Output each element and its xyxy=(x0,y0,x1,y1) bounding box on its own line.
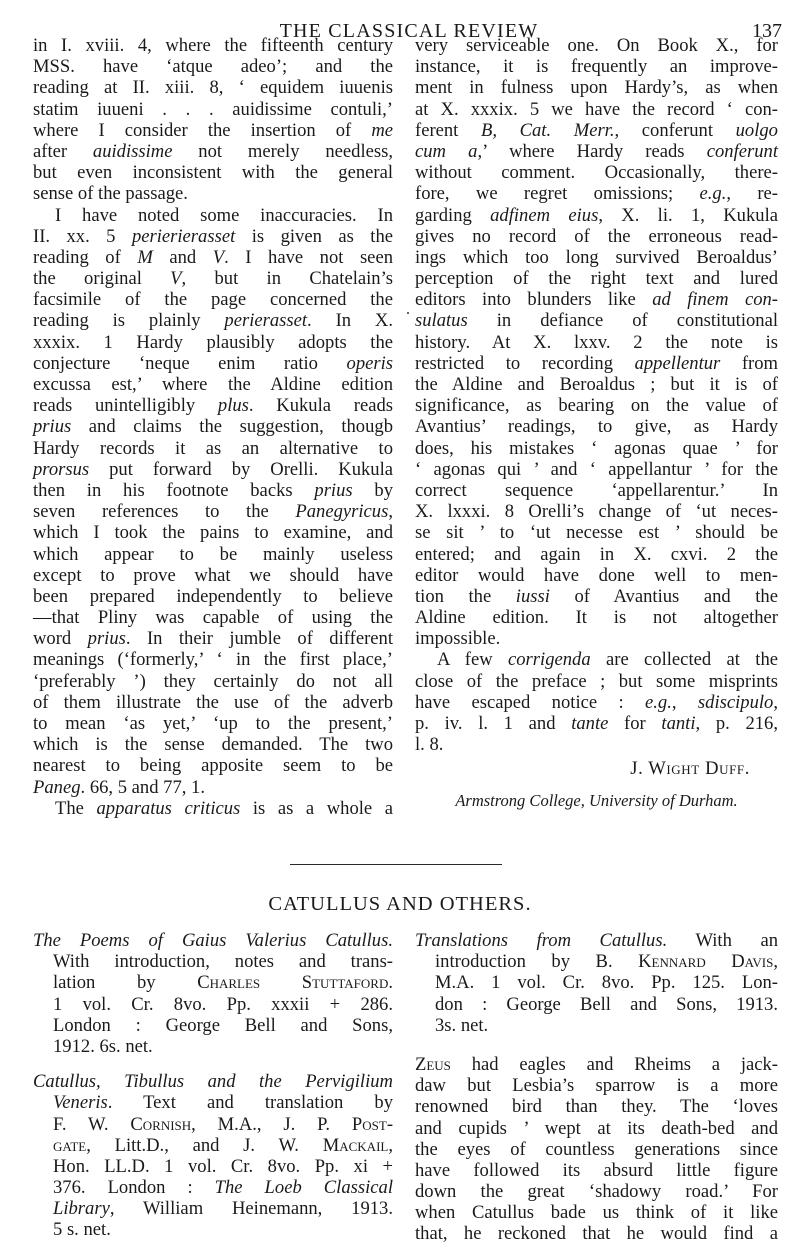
text-line: have escaped notice : e.g., sdiscipulo, xyxy=(415,692,778,713)
text-line: at X. xxxix. 5 we have the record ‘ con- xyxy=(415,99,778,120)
bibliography-right-column: Translations from Catullus. With anintro… xyxy=(415,930,778,1245)
review-body-text: Zeus had eagles and Rheims a jack-daw bu… xyxy=(415,1054,778,1245)
bibliography-line: don : George Bell and Sons, 1913. xyxy=(415,994,778,1015)
text-line: which appear to be mainly useless xyxy=(33,544,393,565)
text-line: I have noted some inaccuracies. In xyxy=(33,205,393,226)
text-line: reads unintelligibly plus. Kukula reads xyxy=(33,395,393,416)
text-line: entered; and again in X. cxvi. 2 the xyxy=(415,544,778,565)
text-line: daw but Lesbia’s sparrow is a more xyxy=(415,1075,778,1096)
text-line: meanings (‘formerly,’ ‘ in the first pla… xyxy=(33,649,393,670)
text-line: gives no record of the erroneous read- xyxy=(415,226,778,247)
text-line: ings which too long survived Beroaldus’ xyxy=(415,247,778,268)
text-line: the eyes of countless generations since xyxy=(415,1139,778,1160)
author-affiliation: Armstrong College, University of Durham. xyxy=(415,790,778,811)
text-line: se sit ’ to ‘ut necesse est ’ should be xyxy=(415,522,778,543)
text-line: ‘preferably ’) they certainly do not all xyxy=(33,671,393,692)
text-line: Hardy records it as an alternative to xyxy=(33,438,393,459)
bibliography-line: 1 vol. Cr. 8vo. Pp. xxxii + 286. xyxy=(33,994,393,1015)
review-left-column: in I. xviii. 4, where the fifteenth cent… xyxy=(33,35,393,819)
text-line: correct sequence ‘appellarentur.’ In xyxy=(415,480,778,501)
text-line: and cupids ’ wept at its death-bed and xyxy=(415,1118,778,1139)
text-line: significance, as bearing on the value of xyxy=(415,395,778,416)
text-line: that, he reckoned that he would find a xyxy=(415,1223,778,1244)
text-line: reading is plainly perierasset. In X. xyxy=(33,310,393,331)
entry-gap xyxy=(33,1057,393,1071)
text-line: ‘ agonas qui ’ and ‘ appellantur ’ for t… xyxy=(415,459,778,480)
text-line: the original V, but in Chatelain’s xyxy=(33,268,393,289)
bibliography-line: Library, William Heinemann, 1913. xyxy=(33,1198,393,1219)
bibliography-line: The Poems of Gaius Valerius Catullus. xyxy=(33,930,393,951)
text-line: the Aldine and Beroaldus ; but it is of xyxy=(415,374,778,395)
text-line: where I consider the insertion of me xyxy=(33,120,393,141)
text-line: facsimile of the page concerned the xyxy=(33,289,393,310)
text-line: xxxix. 1 Hardy plausibly adopts the xyxy=(33,332,393,353)
text-line: conjecture ‘neque enim ratio operis xyxy=(33,353,393,374)
text-line: close of the preface ; but some misprint… xyxy=(415,671,778,692)
text-line: fore, we regret omissions; e.g., re- xyxy=(415,183,778,204)
bibliography-line: Hon. LL.D. 1 vol. Cr. 8vo. Pp. xi + xyxy=(33,1156,393,1177)
text-line: impossible. xyxy=(415,628,778,649)
text-line: which I took the pains to examine, and xyxy=(33,522,393,543)
text-line: —that Pliny was capable of using the xyxy=(33,607,393,628)
bibliography-entry: The Poems of Gaius Valerius Catullus.Wit… xyxy=(33,930,393,1057)
section-divider-rule xyxy=(290,864,502,865)
bibliography-line: M.A. 1 vol. Cr. 8vo. Pp. 125. Lon- xyxy=(415,972,778,993)
bibliography-entry: Catullus, Tibullus and the PervigiliumVe… xyxy=(33,1071,393,1241)
text-line: to mean ‘as yet,’ ‘up to the present,’ xyxy=(33,713,393,734)
bibliography-line: 5 s. net. xyxy=(33,1219,393,1240)
text-line: been prepared independently to believe xyxy=(33,586,393,607)
text-line: nearest to being apposite seem to be xyxy=(33,755,393,776)
text-line: Zeus had eagles and Rheims a jack- xyxy=(415,1054,778,1075)
text-line: reading at II. xiii. 8, ‘ equidem iuueni… xyxy=(33,77,393,98)
bibliography-line: With introduction, notes and trans- xyxy=(33,951,393,972)
text-line: ment in fulness upon Hardy’s, as when xyxy=(415,77,778,98)
section-heading: CATULLUS AND OTHERS. xyxy=(0,893,800,916)
text-line: II. xx. 5 perierierasset is given as the xyxy=(33,226,393,247)
text-line: tion the iussi of Avantius and the xyxy=(415,586,778,607)
bibliography-entry: Translations from Catullus. With anintro… xyxy=(415,930,778,1036)
text-line: of them illustrate the use of the adverb xyxy=(33,692,393,713)
text-line: l. 8. xyxy=(415,734,778,755)
text-line: Aldine edition. It is not altogether xyxy=(415,607,778,628)
text-line: editors into blunders like ad finem con- xyxy=(415,289,778,310)
bibliography-line: introduction by B. Kennard Davis, xyxy=(415,951,778,972)
text-line: renowned bird than they. The ‘loves xyxy=(415,1096,778,1117)
text-line: after auidissime not merely needless, xyxy=(33,141,393,162)
text-line: reading of M and V. I have not seen xyxy=(33,247,393,268)
bibliography-left-column: The Poems of Gaius Valerius Catullus.Wit… xyxy=(33,930,393,1241)
text-line: have followed its absurd little figure xyxy=(415,1160,778,1181)
text-line: perception of the right text and lured xyxy=(415,268,778,289)
text-line: word prius. In their jumble of different xyxy=(33,628,393,649)
bibliography-line: F. W. Cornish, M.A., J. P. Post- xyxy=(33,1114,393,1135)
text-line: The apparatus criticus is as a whole a xyxy=(33,798,393,819)
text-line: down the great ‘shadowy road.’ For xyxy=(415,1181,778,1202)
text-line: restricted to recording appellentur from xyxy=(415,353,778,374)
text-line: except to prove what we should have xyxy=(33,565,393,586)
text-line: editor would have done well to men- xyxy=(415,565,778,586)
text-line: instance, it is frequently an improve- xyxy=(415,56,778,77)
text-line: which is the sense demanded. The two xyxy=(33,734,393,755)
bibliography-line: 376. London : The Loeb Classical xyxy=(33,1177,393,1198)
text-line: Paneg. 66, 5 and 77, 1. xyxy=(33,777,393,798)
text-line: garding adfinem eius, X. li. 1, Kukula xyxy=(415,205,778,226)
text-line: very serviceable one. On Book X., for xyxy=(415,35,778,56)
text-line: X. lxxxi. 8 Orelli’s change of ‘ut neces… xyxy=(415,501,778,522)
bibliography-line: gate, Litt.D., and J. W. Mackail, xyxy=(33,1135,393,1156)
bibliography-line: 3s. net. xyxy=(415,1015,778,1036)
text-line: prorsus put forward by Orelli. Kukula xyxy=(33,459,393,480)
review-right-column: very serviceable one. On Book X., forins… xyxy=(415,35,778,812)
author-signature: J. Wight Duff. xyxy=(415,755,778,782)
print-speck xyxy=(407,312,409,314)
bibliography-line: lation by Charles Stuttaford. xyxy=(33,972,393,993)
text-line: Avantius’ readings, to give, as Hardy xyxy=(415,416,778,437)
text-line: then in his footnote backs prius by xyxy=(33,480,393,501)
bibliography-line: Translations from Catullus. With an xyxy=(415,930,778,951)
bibliography-line: 1912. 6s. net. xyxy=(33,1036,393,1057)
text-line: MSS. have ‘atque adeo’; and the xyxy=(33,56,393,77)
text-line: sense of the passage. xyxy=(33,183,393,204)
bibliography-line: Catullus, Tibullus and the Pervigilium xyxy=(33,1071,393,1092)
text-line: p. iv. l. 1 and tante for tanti, p. 216, xyxy=(415,713,778,734)
text-line: A few corrigenda are collected at the xyxy=(415,649,778,670)
text-line: sulatus in defiance of constitutional xyxy=(415,310,778,331)
text-line: prius and claims the suggestion, thougb xyxy=(33,416,393,437)
text-line: cum a,’ where Hardy reads conferunt xyxy=(415,141,778,162)
text-line: in I. xviii. 4, where the fifteenth cent… xyxy=(33,35,393,56)
text-line: history. At X. lxxv. 2 the note is xyxy=(415,332,778,353)
entry-gap xyxy=(415,1036,778,1054)
text-line: when Catullus bade us think of it like xyxy=(415,1202,778,1223)
text-line: excussa est,’ where the Aldine edition xyxy=(33,374,393,395)
bibliography-line: London : George Bell and Sons, xyxy=(33,1015,393,1036)
bibliography-line: Veneris. Text and translation by xyxy=(33,1092,393,1113)
text-line: seven references to the Panegyricus, xyxy=(33,501,393,522)
text-line: statim iuueni . . . auidissime contuli,’ xyxy=(33,99,393,120)
text-line: but even inconsistent with the general xyxy=(33,162,393,183)
text-line: without comment. Occasionally, there- xyxy=(415,162,778,183)
text-line: does, his mistakes ‘ agonas quae ’ for xyxy=(415,438,778,459)
text-line: ferent B, Cat. Merr., conferunt uolgo xyxy=(415,120,778,141)
